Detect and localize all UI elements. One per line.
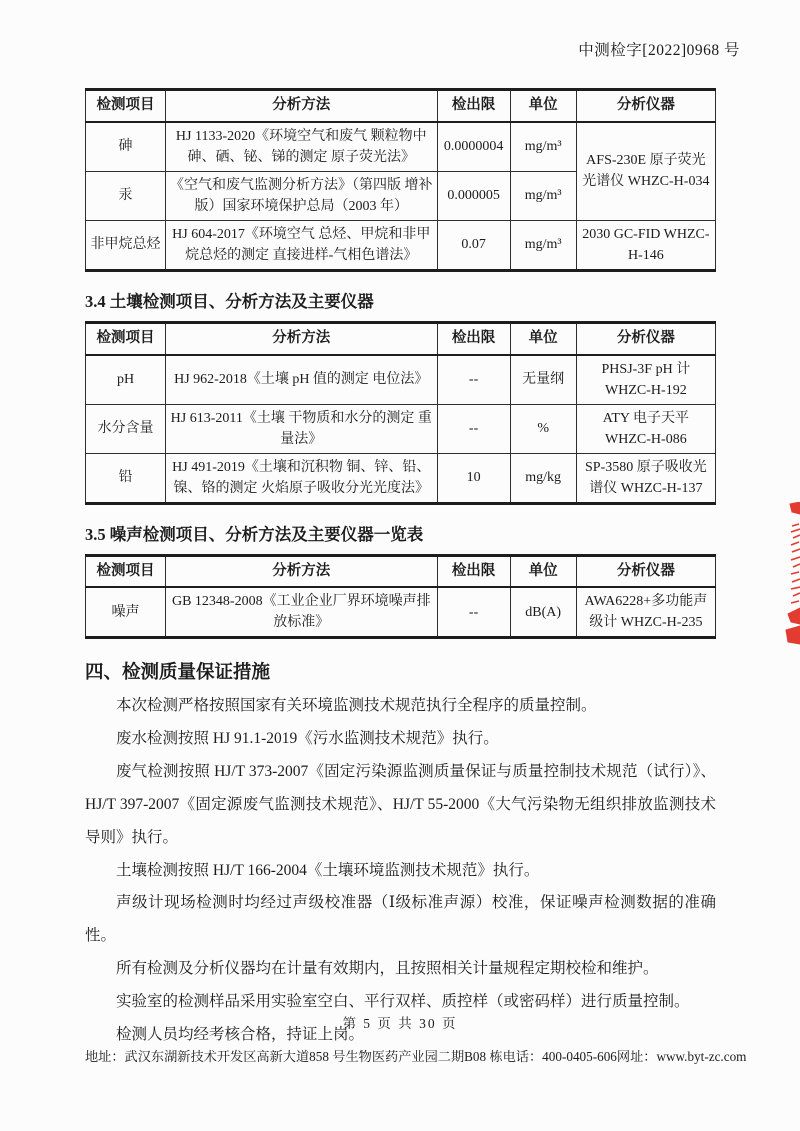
header-cell-method: 分析方法 bbox=[166, 555, 438, 587]
cell-unit: dB(A) bbox=[510, 587, 576, 638]
report-page: 中测检字[2022]0968 号 检测项目 分析方法 检出限 单位 分析仪器 砷… bbox=[0, 0, 800, 1131]
cell-item: 汞 bbox=[86, 171, 166, 220]
header-cell-item: 检测项目 bbox=[86, 555, 166, 587]
noise-test-table: 检测项目 分析方法 检出限 单位 分析仪器 噪声 GB 12348-2008《工… bbox=[85, 554, 716, 640]
cell-method: HJ 491-2019《土壤和沉积物 铜、锌、铅、镍、铬的测定 火焰原子吸收分光… bbox=[166, 453, 438, 503]
header-cell-limit: 检出限 bbox=[437, 322, 510, 354]
cell-item: 非甲烷总烃 bbox=[86, 220, 166, 270]
table-header-row: 检测项目 分析方法 检出限 单位 分析仪器 bbox=[86, 555, 716, 587]
table-row: 噪声 GB 12348-2008《工业企业厂界环境噪声排放标准》 -- dB(A… bbox=[86, 587, 716, 638]
footer-phone: 电话：400-0405-606 bbox=[503, 1046, 617, 1065]
cell-instrument: PHSJ-3F pH 计 WHZC-H-192 bbox=[576, 355, 715, 405]
cell-unit: mg/m³ bbox=[510, 122, 576, 172]
doc-number: 中测检字[2022]0968 号 bbox=[578, 38, 740, 60]
cell-limit: -- bbox=[437, 355, 510, 405]
cell-unit: 无量纲 bbox=[510, 355, 576, 405]
page-content: 检测项目 分析方法 检出限 单位 分析仪器 砷 HJ 1133-2020《环境空… bbox=[85, 88, 716, 1052]
table-row: 砷 HJ 1133-2020《环境空气和废气 颗粒物中砷、硒、铋、锑的测定 原子… bbox=[86, 122, 716, 172]
cell-unit: % bbox=[510, 404, 576, 453]
header-cell-limit: 检出限 bbox=[437, 90, 510, 122]
header-cell-method: 分析方法 bbox=[166, 322, 438, 354]
qa-paragraph: 声级计现场检测时均经过声级校准器（Ⅰ级标准声源）校准，保证噪声检测数据的准确性。 bbox=[85, 887, 716, 953]
table-header-row: 检测项目 分析方法 检出限 单位 分析仪器 bbox=[86, 322, 716, 354]
table-row: pH HJ 962-2018《土壤 pH 值的测定 电位法》 -- 无量纲 PH… bbox=[86, 355, 716, 405]
header-cell-unit: 单位 bbox=[510, 90, 576, 122]
soil-test-table: 检测项目 分析方法 检出限 单位 分析仪器 pH HJ 962-2018《土壤 … bbox=[85, 321, 716, 505]
header-cell-unit: 单位 bbox=[510, 555, 576, 587]
page-number: 第 5 页 共 30 页 bbox=[0, 1012, 800, 1032]
cell-method: HJ 962-2018《土壤 pH 值的测定 电位法》 bbox=[166, 355, 438, 405]
qa-paragraph: 本次检测严格按照国家有关环境监测技术规范执行全程序的质量控制。 bbox=[85, 690, 716, 723]
cell-limit: -- bbox=[437, 404, 510, 453]
cell-item: 水分含量 bbox=[86, 404, 166, 453]
cell-unit: mg/m³ bbox=[510, 171, 576, 220]
cell-limit: 0.000005 bbox=[437, 171, 510, 220]
cell-limit: -- bbox=[437, 587, 510, 638]
table-row: 水分含量 HJ 613-2011《土壤 干物质和水分的测定 重量法》 -- % … bbox=[86, 404, 716, 453]
qa-paragraph: 土壤检测按照 HJ/T 166-2004《土壤环境监测技术规范》执行。 bbox=[85, 855, 716, 888]
cell-limit: 10 bbox=[437, 453, 510, 503]
section-3-5-title: 3.5 噪声检测项目、分析方法及主要仪器一览表 bbox=[85, 521, 716, 545]
cell-unit: mg/m³ bbox=[510, 220, 576, 270]
cell-instrument: SP-3580 原子吸收光谱仪 WHZC-H-137 bbox=[576, 453, 715, 503]
qa-paragraph: 废水检测按照 HJ 91.1-2019《污水监测技术规范》执行。 bbox=[85, 723, 716, 756]
air-test-table: 检测项目 分析方法 检出限 单位 分析仪器 砷 HJ 1133-2020《环境空… bbox=[85, 88, 716, 272]
footer-address: 地址：武汉东湖新技术开发区高新大道858 号生物医药产业园二期B08 栋 bbox=[85, 1046, 503, 1065]
footer-contact: 地址：武汉东湖新技术开发区高新大道858 号生物医药产业园二期B08 栋 电话：… bbox=[85, 1046, 740, 1065]
cell-instrument: ATY 电子天平 WHZC-H-086 bbox=[576, 404, 715, 453]
cell-item: 砷 bbox=[86, 122, 166, 172]
header-cell-item: 检测项目 bbox=[86, 90, 166, 122]
table-row: 铅 HJ 491-2019《土壤和沉积物 铜、锌、铅、镍、铬的测定 火焰原子吸收… bbox=[86, 453, 716, 503]
section-3-4-title: 3.4 土壤检测项目、分析方法及主要仪器 bbox=[85, 288, 716, 312]
cell-method: HJ 1133-2020《环境空气和废气 颗粒物中砷、硒、铋、锑的测定 原子荧光… bbox=[166, 122, 438, 172]
cell-item: 噪声 bbox=[86, 587, 166, 638]
header-cell-method: 分析方法 bbox=[166, 90, 438, 122]
cell-method: HJ 604-2017《环境空气 总烃、甲烷和非甲烷总烃的测定 直接进样-气相色… bbox=[166, 220, 438, 270]
cell-item: pH bbox=[86, 355, 166, 405]
cell-method: 《空气和废气监测分析方法》（第四版 增补版）国家环境保护总局（2003 年） bbox=[166, 171, 438, 220]
red-seal-fragment bbox=[776, 502, 800, 648]
table-row: 非甲烷总烃 HJ 604-2017《环境空气 总烃、甲烷和非甲烷总烃的测定 直接… bbox=[86, 220, 716, 270]
cell-method: HJ 613-2011《土壤 干物质和水分的测定 重量法》 bbox=[166, 404, 438, 453]
cell-instrument: AWA6228+多功能声级计 WHZC-H-235 bbox=[576, 587, 715, 638]
cell-item: 铅 bbox=[86, 453, 166, 503]
cell-unit: mg/kg bbox=[510, 453, 576, 503]
qa-paragraph: 废气检测按照 HJ/T 373-2007《固定污染源监测质量保证与质量控制技术规… bbox=[85, 756, 716, 855]
red-seal-marks bbox=[776, 502, 800, 648]
qa-paragraph: 所有检测及分析仪器均在计量有效期内，且按照相关计量规程定期校检和维护。 bbox=[85, 953, 716, 986]
header-cell-item: 检测项目 bbox=[86, 322, 166, 354]
header-cell-unit: 单位 bbox=[510, 322, 576, 354]
cell-method: GB 12348-2008《工业企业厂界环境噪声排放标准》 bbox=[166, 587, 438, 638]
header-cell-instrument: 分析仪器 bbox=[576, 90, 715, 122]
qa-paragraphs: 本次检测严格按照国家有关环境监测技术规范执行全程序的质量控制。 废水检测按照 H… bbox=[85, 690, 716, 1051]
cell-instrument-merged: AFS-230E 原子荧光光谱仪 WHZC-H-034 bbox=[576, 122, 715, 221]
header-cell-limit: 检出限 bbox=[437, 555, 510, 587]
header-cell-instrument: 分析仪器 bbox=[576, 555, 715, 587]
table-header-row: 检测项目 分析方法 检出限 单位 分析仪器 bbox=[86, 90, 716, 122]
cell-instrument: 2030 GC-FID WHZC-H-146 bbox=[576, 220, 715, 270]
cell-limit: 0.0000004 bbox=[437, 122, 510, 172]
cell-limit: 0.07 bbox=[437, 220, 510, 270]
section-4-title: 四、检测质量保证措施 bbox=[85, 658, 716, 684]
footer-website: 网址：www.byt-zc.com bbox=[617, 1046, 747, 1065]
header-cell-instrument: 分析仪器 bbox=[576, 322, 715, 354]
